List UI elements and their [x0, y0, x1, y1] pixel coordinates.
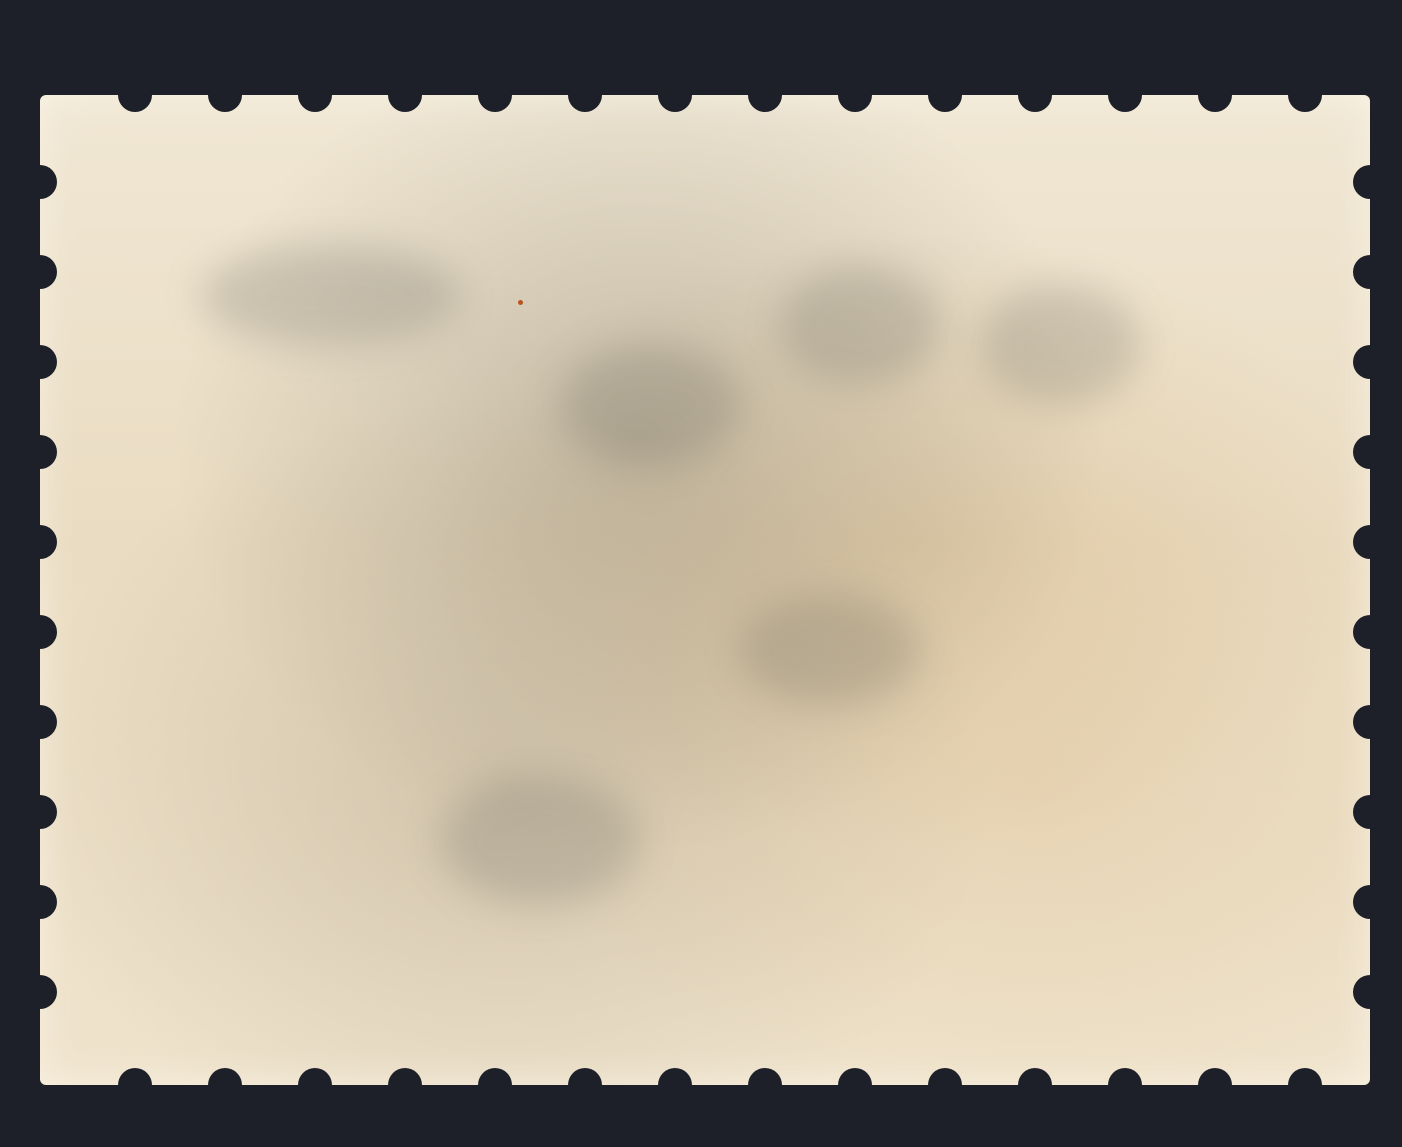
perforation-hole [208, 1068, 242, 1102]
stamp-paper-back [40, 95, 1370, 1085]
stain [980, 285, 1140, 405]
perforation-hole [568, 78, 602, 112]
perforation-hole [388, 78, 422, 112]
perforation-hole [23, 975, 57, 1009]
perforation-hole [1353, 795, 1387, 829]
perforation-hole [23, 525, 57, 559]
perforation-hole [1353, 705, 1387, 739]
perforation-hole [1353, 165, 1387, 199]
stain [440, 775, 640, 905]
perforation-hole [1353, 615, 1387, 649]
perforation-hole [1353, 435, 1387, 469]
perforation-hole [1198, 78, 1232, 112]
perforation-hole [118, 1068, 152, 1102]
perforation-hole [478, 1068, 512, 1102]
perforation-hole [1353, 345, 1387, 379]
perforation-hole [748, 1068, 782, 1102]
perforation-hole [1288, 1068, 1322, 1102]
perforation-hole [23, 165, 57, 199]
perforation-hole [1108, 78, 1142, 112]
perforation-hole [298, 78, 332, 112]
perforation-hole [658, 78, 692, 112]
perforation-hole [1018, 1068, 1052, 1102]
perforation-hole [1353, 975, 1387, 1009]
perforation-hole [118, 78, 152, 112]
stamp [40, 95, 1370, 1085]
perforation-hole [298, 1068, 332, 1102]
stain [780, 265, 940, 385]
perforation-hole [23, 795, 57, 829]
perforation-hole [838, 78, 872, 112]
stain [200, 245, 460, 345]
photo-scene [0, 0, 1402, 1147]
perforation-hole [208, 78, 242, 112]
perforation-hole [1288, 78, 1322, 112]
perforation-hole [1353, 255, 1387, 289]
perforation-hole [23, 615, 57, 649]
stain [560, 345, 740, 465]
perforation-hole [1353, 885, 1387, 919]
perforation-hole [748, 78, 782, 112]
perforation-hole [838, 1068, 872, 1102]
perforation-hole [23, 435, 57, 469]
perforation-hole [23, 705, 57, 739]
perforation-hole [23, 255, 57, 289]
perforation-hole [568, 1068, 602, 1102]
perforation-hole [1198, 1068, 1232, 1102]
perforation-hole [388, 1068, 422, 1102]
perforation-hole [1108, 1068, 1142, 1102]
stain [740, 595, 920, 705]
perforation-hole [478, 78, 512, 112]
perforation-hole [1353, 525, 1387, 559]
perforation-hole [23, 885, 57, 919]
perforation-hole [1018, 78, 1052, 112]
perforation-hole [23, 345, 57, 379]
perforation-hole [658, 1068, 692, 1102]
perforation-hole [928, 1068, 962, 1102]
speck [518, 300, 523, 305]
perforation-hole [928, 78, 962, 112]
